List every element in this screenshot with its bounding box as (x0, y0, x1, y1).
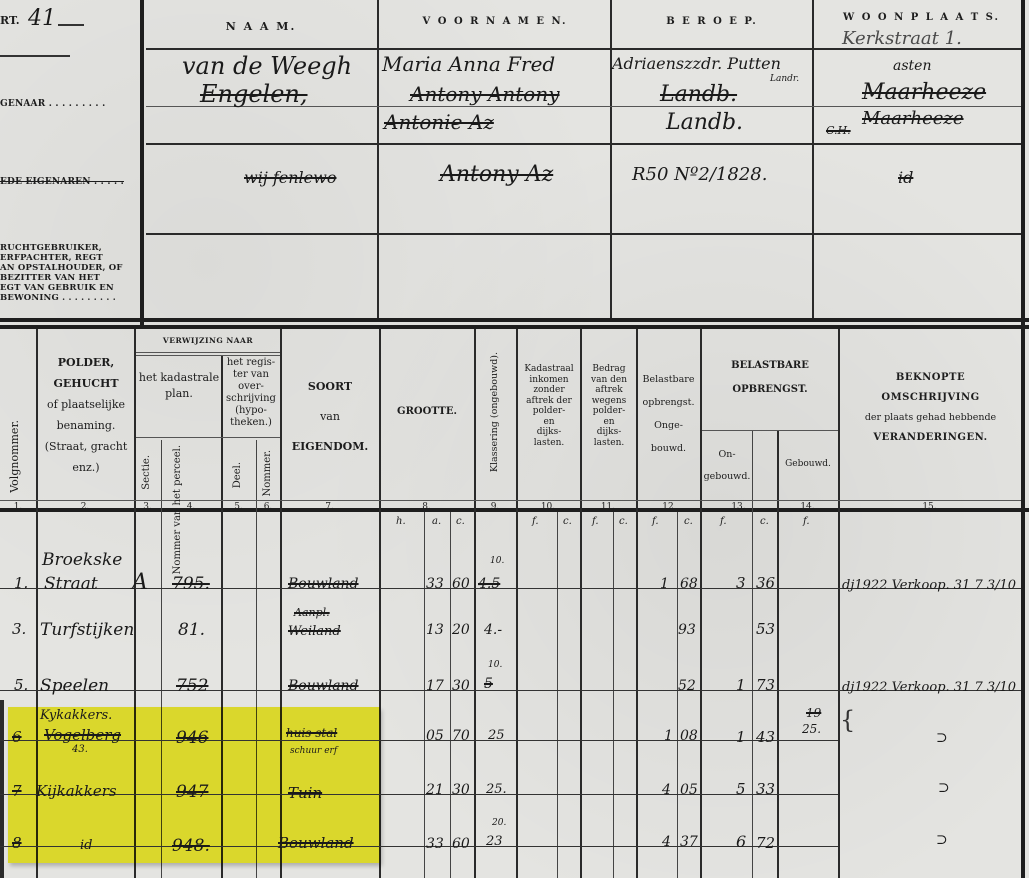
sectie: A (132, 570, 148, 595)
soort-eigendom: Aanpl. (294, 606, 330, 619)
co-owner-row-label: EDE EIGENAREN . . . . . (0, 177, 124, 187)
unit-c: c. (456, 516, 465, 527)
unit-c: c. (684, 516, 693, 527)
unit-f: f. (720, 516, 727, 527)
ongebouwd-c: 36 (756, 574, 775, 592)
soort-eigendom: Bouwland (288, 678, 359, 694)
col-10-header: Kadastraalinkomen zonderaftrek der polde… (518, 364, 580, 448)
volgnummer: 1. (14, 574, 28, 592)
ditto-mark: ⊃ (936, 832, 948, 848)
col-num: 15. (838, 502, 1021, 512)
klasse-sup: 10. (490, 556, 504, 566)
klasse: 25. (486, 782, 507, 797)
co-owner-naam: wij fenlewo (244, 168, 336, 187)
soort-eigendom: schuur erf (290, 746, 337, 756)
klasse-sup: 10. (488, 660, 502, 670)
belastbare-opbrengst-header: BELASTBARE OPBRENGST. (702, 354, 838, 402)
unit-c: c. (563, 516, 572, 527)
col-13-header: On-gebouwd. (702, 444, 752, 488)
voornamen-line-1: Maria Anna Fred (382, 52, 555, 76)
belastbaar-f: 4 (662, 782, 671, 798)
col-num: 7. (280, 502, 379, 512)
ongebouwd-c: 72 (756, 834, 775, 852)
col-9-header: Klassering (ongebouwd). (489, 352, 500, 472)
owner-row-label: GENAAR . . . . . . . . . (0, 99, 105, 109)
article-dash (58, 24, 84, 26)
register-subheader: het regis- ter van over- schrijving (hyp… (222, 357, 280, 429)
col-divider (677, 512, 678, 878)
grootte-a: 13 (426, 622, 444, 638)
volgnummer: 8 (12, 834, 22, 852)
col-6-header: Nommer. (262, 450, 273, 497)
row-rule (0, 794, 838, 795)
table-right-border (1021, 329, 1025, 878)
rule (146, 233, 1021, 235)
article-underline (0, 55, 70, 57)
woonplaats-strike-mark: C.H. (826, 124, 851, 137)
ongebouwd-c: 43 (756, 728, 775, 746)
voornamen-line-3: Antonie Az (384, 110, 494, 134)
belastbaar-f: 1 (660, 576, 669, 592)
grootte-a: 33 (426, 576, 444, 592)
col-num: 12 (636, 502, 700, 512)
col-num: 5. (221, 502, 256, 512)
ongebouwd-f: 3 (736, 574, 746, 592)
polder-line: Broekske (42, 550, 122, 570)
polder-line: Vogelberg (44, 726, 121, 744)
belastbaar-c: 05 (680, 782, 698, 798)
polder-line: Speelen (40, 676, 109, 696)
col-divider (700, 329, 702, 878)
omschrijving: dj1922 Verkoop. 31 7 3/10 (842, 578, 1016, 593)
gebouwd-c: 25. (802, 722, 821, 736)
voornamen-line-2: Antony Antony (410, 82, 560, 106)
grootte-a: 05 (426, 728, 444, 744)
grootte-c: 30 (452, 678, 470, 694)
col-num: 8. (379, 502, 474, 512)
ledger-page: RT. 41 GENAAR . . . . . . . . . EDE EIGE… (0, 0, 1029, 878)
col-11-header: Bedragvan den aftrekwegens polder-en dij… (582, 364, 636, 448)
klasse: 25 (488, 728, 505, 743)
table-top-border (0, 325, 1029, 329)
belastbaar-c: 37 (680, 834, 698, 850)
woonplaats-line-3: Maarheeze (862, 108, 964, 129)
rule (146, 143, 1021, 145)
beroep-line-2: Landb. (660, 82, 737, 107)
klasse-sup: 20. (492, 818, 506, 828)
col-8-header: GROOTTE. (381, 406, 473, 417)
unit-a: a. (432, 516, 441, 527)
ongebouwd-f: 1 (736, 676, 746, 694)
co-owner-woonplaats: id (898, 168, 913, 187)
beroep-header: B E R O E P. (612, 16, 812, 27)
col-num: 13. (700, 502, 777, 512)
col-num: 11. (580, 502, 636, 512)
woonplaats-line-1: asten (893, 58, 931, 74)
group-rule (136, 355, 280, 356)
col-1-header: Volgnommer. (8, 420, 21, 493)
col-divider (557, 512, 558, 878)
belastbaar-c: 68 (680, 576, 698, 592)
beroep-superscript: Landr. (770, 74, 799, 84)
beroep-line-1: Adriaenszzdr. Putten (612, 54, 781, 73)
col-divider (613, 512, 614, 878)
belastbaar-c: 52 (678, 678, 696, 694)
polder-line: Turfstijken (40, 620, 134, 640)
sub-rule (702, 430, 838, 431)
perceel-nummer: 946 (176, 728, 208, 748)
naam-line-1: van de Weegh (182, 52, 352, 80)
verwijzing-group-header: VERWIJZING NAAR (136, 336, 280, 345)
ongebouwd-f: 6 (736, 832, 746, 851)
col-num: 2. (36, 502, 134, 512)
polder-line: 43. (72, 744, 88, 755)
ongebouwd-c: 73 (756, 676, 775, 694)
klasse: 4.- (484, 622, 502, 638)
unit-f: f. (652, 516, 659, 527)
woonplaats-header: W O O N P L A A T S. (814, 12, 1029, 23)
belastbaar-c: 08 (680, 728, 698, 744)
polder-line: Straat (44, 574, 98, 594)
woonplaats-annotation: Kerkstraat 1. (842, 28, 962, 49)
polder-line: Kijkakkers (36, 782, 117, 800)
polder-line: id (80, 838, 92, 853)
unit-f: f. (803, 516, 810, 527)
col-14-header: Gebouwd. (778, 458, 838, 470)
ongebouwd-c: 53 (756, 620, 775, 638)
soort-eigendom: Tuin (288, 784, 322, 802)
col-3-header: Sectie. (141, 455, 152, 490)
row-rule (0, 846, 838, 847)
naam-line-2: Engelen, (200, 80, 308, 108)
article-label: RT. (0, 14, 20, 27)
soort-eigendom: Weiland (288, 624, 341, 639)
col-2-header: POLDER, GEHUCHT of plaatselijke benaming… (38, 352, 134, 478)
beroep-line-3: Landb. (666, 110, 743, 135)
perceel-nummer: 948. (172, 836, 210, 856)
grootte-c: 60 (452, 836, 470, 852)
belastbaar-f: 1 (664, 728, 673, 744)
col-5-header: Deel. (232, 462, 243, 488)
section-divider (0, 318, 1029, 322)
grootte-a: 33 (426, 836, 444, 852)
owner-section-right-border (1021, 0, 1025, 325)
klasse: 5 (484, 676, 493, 692)
ditto-mark: ⊃ (938, 780, 950, 796)
col-number-rule (0, 500, 1021, 501)
row-rule (0, 740, 838, 741)
col-12-header: Belastbareopbrengst. Onge-bouwd. (637, 368, 700, 460)
col-divider (752, 430, 753, 878)
group-rule (136, 352, 280, 353)
col-num: 6. (256, 502, 280, 512)
grootte-c: 70 (452, 728, 470, 744)
klasse: 4.5 (478, 576, 500, 592)
ongebouwd-c: 33 (756, 780, 775, 798)
klasse: 23 (486, 834, 503, 849)
article-number: 41 (28, 6, 56, 31)
grootte-c: 60 (452, 576, 470, 592)
col-15-header: BEKNOPTE OMSCHRIJVING der plaats gehad h… (840, 368, 1021, 448)
sub-rule (136, 437, 280, 438)
unit-c: c. (760, 516, 769, 527)
woonplaats-line-2: Maarheeze (862, 80, 986, 105)
col-7-header: SOORT van EIGENDOM. (282, 372, 378, 462)
volgnummer: 6 (12, 728, 22, 746)
unit-f: f. (592, 516, 599, 527)
ongebouwd-f: 5 (736, 780, 746, 798)
col-divider (474, 329, 476, 878)
grootte-a: 17 (426, 678, 444, 694)
unit-c: c. (619, 516, 628, 527)
unit-f: f. (532, 516, 539, 527)
voornamen-header: V O O R N A M E N. (380, 16, 610, 27)
volgnummer: 7 (12, 782, 22, 800)
perceel-nummer: 947 (176, 782, 208, 802)
co-owner-voornamen: Antony Az (440, 162, 553, 187)
volgnummer: 5. (14, 676, 28, 694)
usufruct-row-label: RUCHTGEBRUIKER, ERFPACHTER, REGT AN OPST… (0, 243, 138, 303)
soort-eigendom: Bouwland (288, 576, 359, 592)
col-num: 14. (777, 502, 838, 512)
col-num: 9. (474, 502, 516, 512)
col-divider (777, 430, 779, 878)
polder-line: Kykakkers. (40, 708, 112, 723)
col-num: 1. (0, 502, 36, 512)
unit-h: h. (396, 516, 406, 527)
perceel-nummer: 81. (178, 620, 205, 640)
perceel-nummer: 795. (172, 574, 210, 594)
ongebouwd-f: 1 (736, 728, 746, 746)
col-divider (424, 512, 425, 878)
naam-header: N A A M. (146, 20, 376, 33)
belastbaar-c: 93 (678, 622, 696, 638)
scan-edge (0, 700, 4, 878)
grootte-c: 30 (452, 782, 470, 798)
omschrijving: dj1922 Verkoop. 31 7 3/10 (842, 680, 1016, 695)
kadastrale-plan-subheader: het kadastrale plan. (138, 370, 220, 402)
col-divider (450, 512, 451, 878)
col-num: 10. (516, 502, 580, 512)
grootte-c: 20 (452, 622, 470, 638)
soort-eigendom: Bouwland (278, 834, 354, 852)
ditto-mark: ⊃ (936, 730, 948, 746)
gebouwd-f: 19 (806, 706, 821, 720)
owner-section-left-border (140, 0, 144, 325)
co-owner-beroep: R50 Nº2/1828. (632, 164, 767, 185)
soort-eigendom: huis stal (286, 726, 337, 740)
col-num: 4. (161, 502, 221, 512)
belastbaar-f: 4 (662, 834, 671, 850)
brace-mark: { (840, 706, 855, 734)
col-num: 3. (134, 502, 161, 512)
grootte-a: 21 (426, 782, 444, 798)
volgnummer: 3. (12, 620, 26, 638)
perceel-nummer: 752 (176, 676, 208, 696)
